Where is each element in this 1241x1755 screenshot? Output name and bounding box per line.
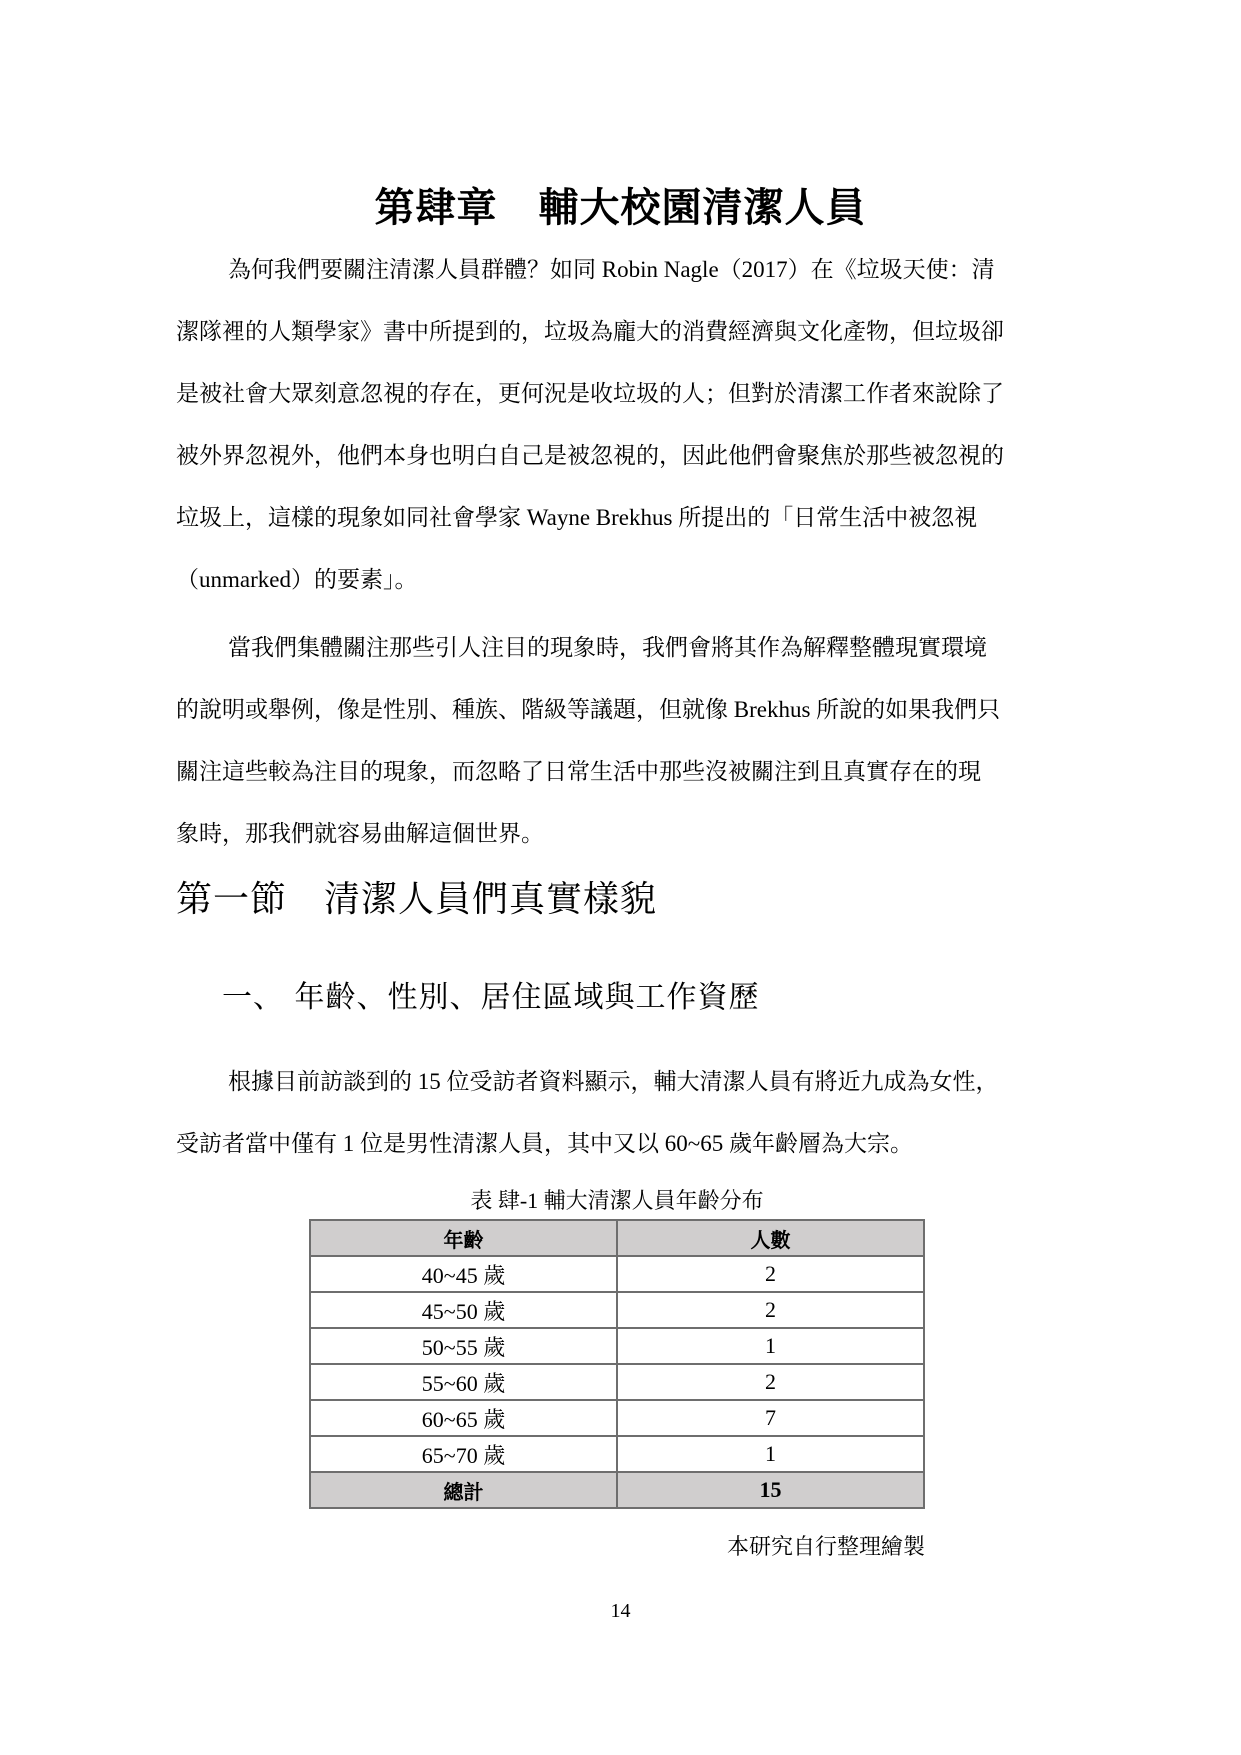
paragraph-line: 為何我們要關注清潔人員群體？如同 Robin Nagle（2017）在《垃圾天使… <box>176 254 1060 316</box>
section-title: 第一節 清潔人員們真實樣貌 <box>176 878 657 922</box>
page-number: 14 <box>0 1598 1241 1624</box>
header-age: 年齡 <box>310 1220 617 1256</box>
table-row: 65~70 歲 1 <box>310 1436 924 1472</box>
table-row: 40~45 歲 2 <box>310 1256 924 1292</box>
paragraph-line: 關注這些較為注目的現象，而忽略了日常生活中那些沒被關注到且真實存在的現 <box>176 756 1060 818</box>
paragraph-line: 是被社會大眾刻意忽視的存在，更何況是收垃圾的人；但對於清潔工作者來說除了 <box>176 378 1060 440</box>
paragraph-line: 垃圾上，這樣的現象如同社會學家 Wayne Brekhus 所提出的「日常生活中… <box>176 502 1060 564</box>
paragraph-1: 為何我們要關注清潔人員群體？如同 Robin Nagle（2017）在《垃圾天使… <box>176 254 1060 626</box>
total-label: 總計 <box>310 1472 617 1508</box>
cell-age: 40~45 歲 <box>310 1256 617 1292</box>
table-row: 60~65 歲 7 <box>310 1400 924 1436</box>
cell-count: 7 <box>617 1400 924 1436</box>
table-source-note: 本研究自行整理繪製 <box>727 1532 925 1562</box>
cell-age: 55~60 歲 <box>310 1364 617 1400</box>
table-row: 50~55 歲 1 <box>310 1328 924 1364</box>
cell-age: 45~50 歲 <box>310 1292 617 1328</box>
cell-count: 2 <box>617 1292 924 1328</box>
cell-count: 1 <box>617 1436 924 1472</box>
table-row: 45~50 歲 2 <box>310 1292 924 1328</box>
paragraph-line: 受訪者當中僅有 1 位是男性清潔人員，其中又以 60~65 歲年齡層為大宗。 <box>176 1128 1060 1190</box>
cell-count: 1 <box>617 1328 924 1364</box>
total-value: 15 <box>617 1472 924 1508</box>
document-page: 第肆章 輔大校園清潔人員 為何我們要關注清潔人員群體？如同 Robin Nagl… <box>0 0 1241 1755</box>
chapter-title: 第肆章 輔大校園清潔人員 <box>0 183 1241 233</box>
header-count: 人數 <box>617 1220 924 1256</box>
paragraph-line: 潔隊裡的人類學家》書中所提到的，垃圾為龐大的消費經濟與文化產物，但垃圾卻 <box>176 316 1060 378</box>
cell-count: 2 <box>617 1364 924 1400</box>
cell-age: 50~55 歲 <box>310 1328 617 1364</box>
paragraph-line: 被外界忽視外，他們本身也明白自己是被忽視的，因此他們會聚焦於那些被忽視的 <box>176 440 1060 502</box>
paragraph-line: （unmarked）的要素」。 <box>176 564 1060 626</box>
paragraph-line: 當我們集體關注那些引人注目的現象時，我們會將其作為解釋整體現實環境 <box>176 632 1060 694</box>
cell-count: 2 <box>617 1256 924 1292</box>
table-row: 55~60 歲 2 <box>310 1364 924 1400</box>
paragraph-2: 當我們集體關注那些引人注目的現象時，我們會將其作為解釋整體現實環境 的說明或舉例… <box>176 632 1060 880</box>
table-caption: 表 肆-1 輔大清潔人員年齡分布 <box>309 1186 925 1216</box>
table-header-row: 年齡 人數 <box>310 1220 924 1256</box>
cell-age: 60~65 歲 <box>310 1400 617 1436</box>
cell-age: 65~70 歲 <box>310 1436 617 1472</box>
subsection-title: 一、 年齡、性別、居住區域與工作資歷 <box>222 978 760 1018</box>
age-distribution-table: 年齡 人數 40~45 歲 2 45~50 歲 2 50~55 歲 1 55~6… <box>309 1219 925 1509</box>
paragraph-3: 根據目前訪談到的 15 位受訪者資料顯示，輔大清潔人員有將近九成為女性， 受訪者… <box>176 1066 1060 1190</box>
paragraph-line: 象時，那我們就容易曲解這個世界。 <box>176 818 1060 880</box>
table-total-row: 總計 15 <box>310 1472 924 1508</box>
paragraph-line: 根據目前訪談到的 15 位受訪者資料顯示，輔大清潔人員有將近九成為女性， <box>176 1066 1060 1128</box>
paragraph-line: 的說明或舉例，像是性別、種族、階級等議題，但就像 Brekhus 所說的如果我們… <box>176 694 1060 756</box>
